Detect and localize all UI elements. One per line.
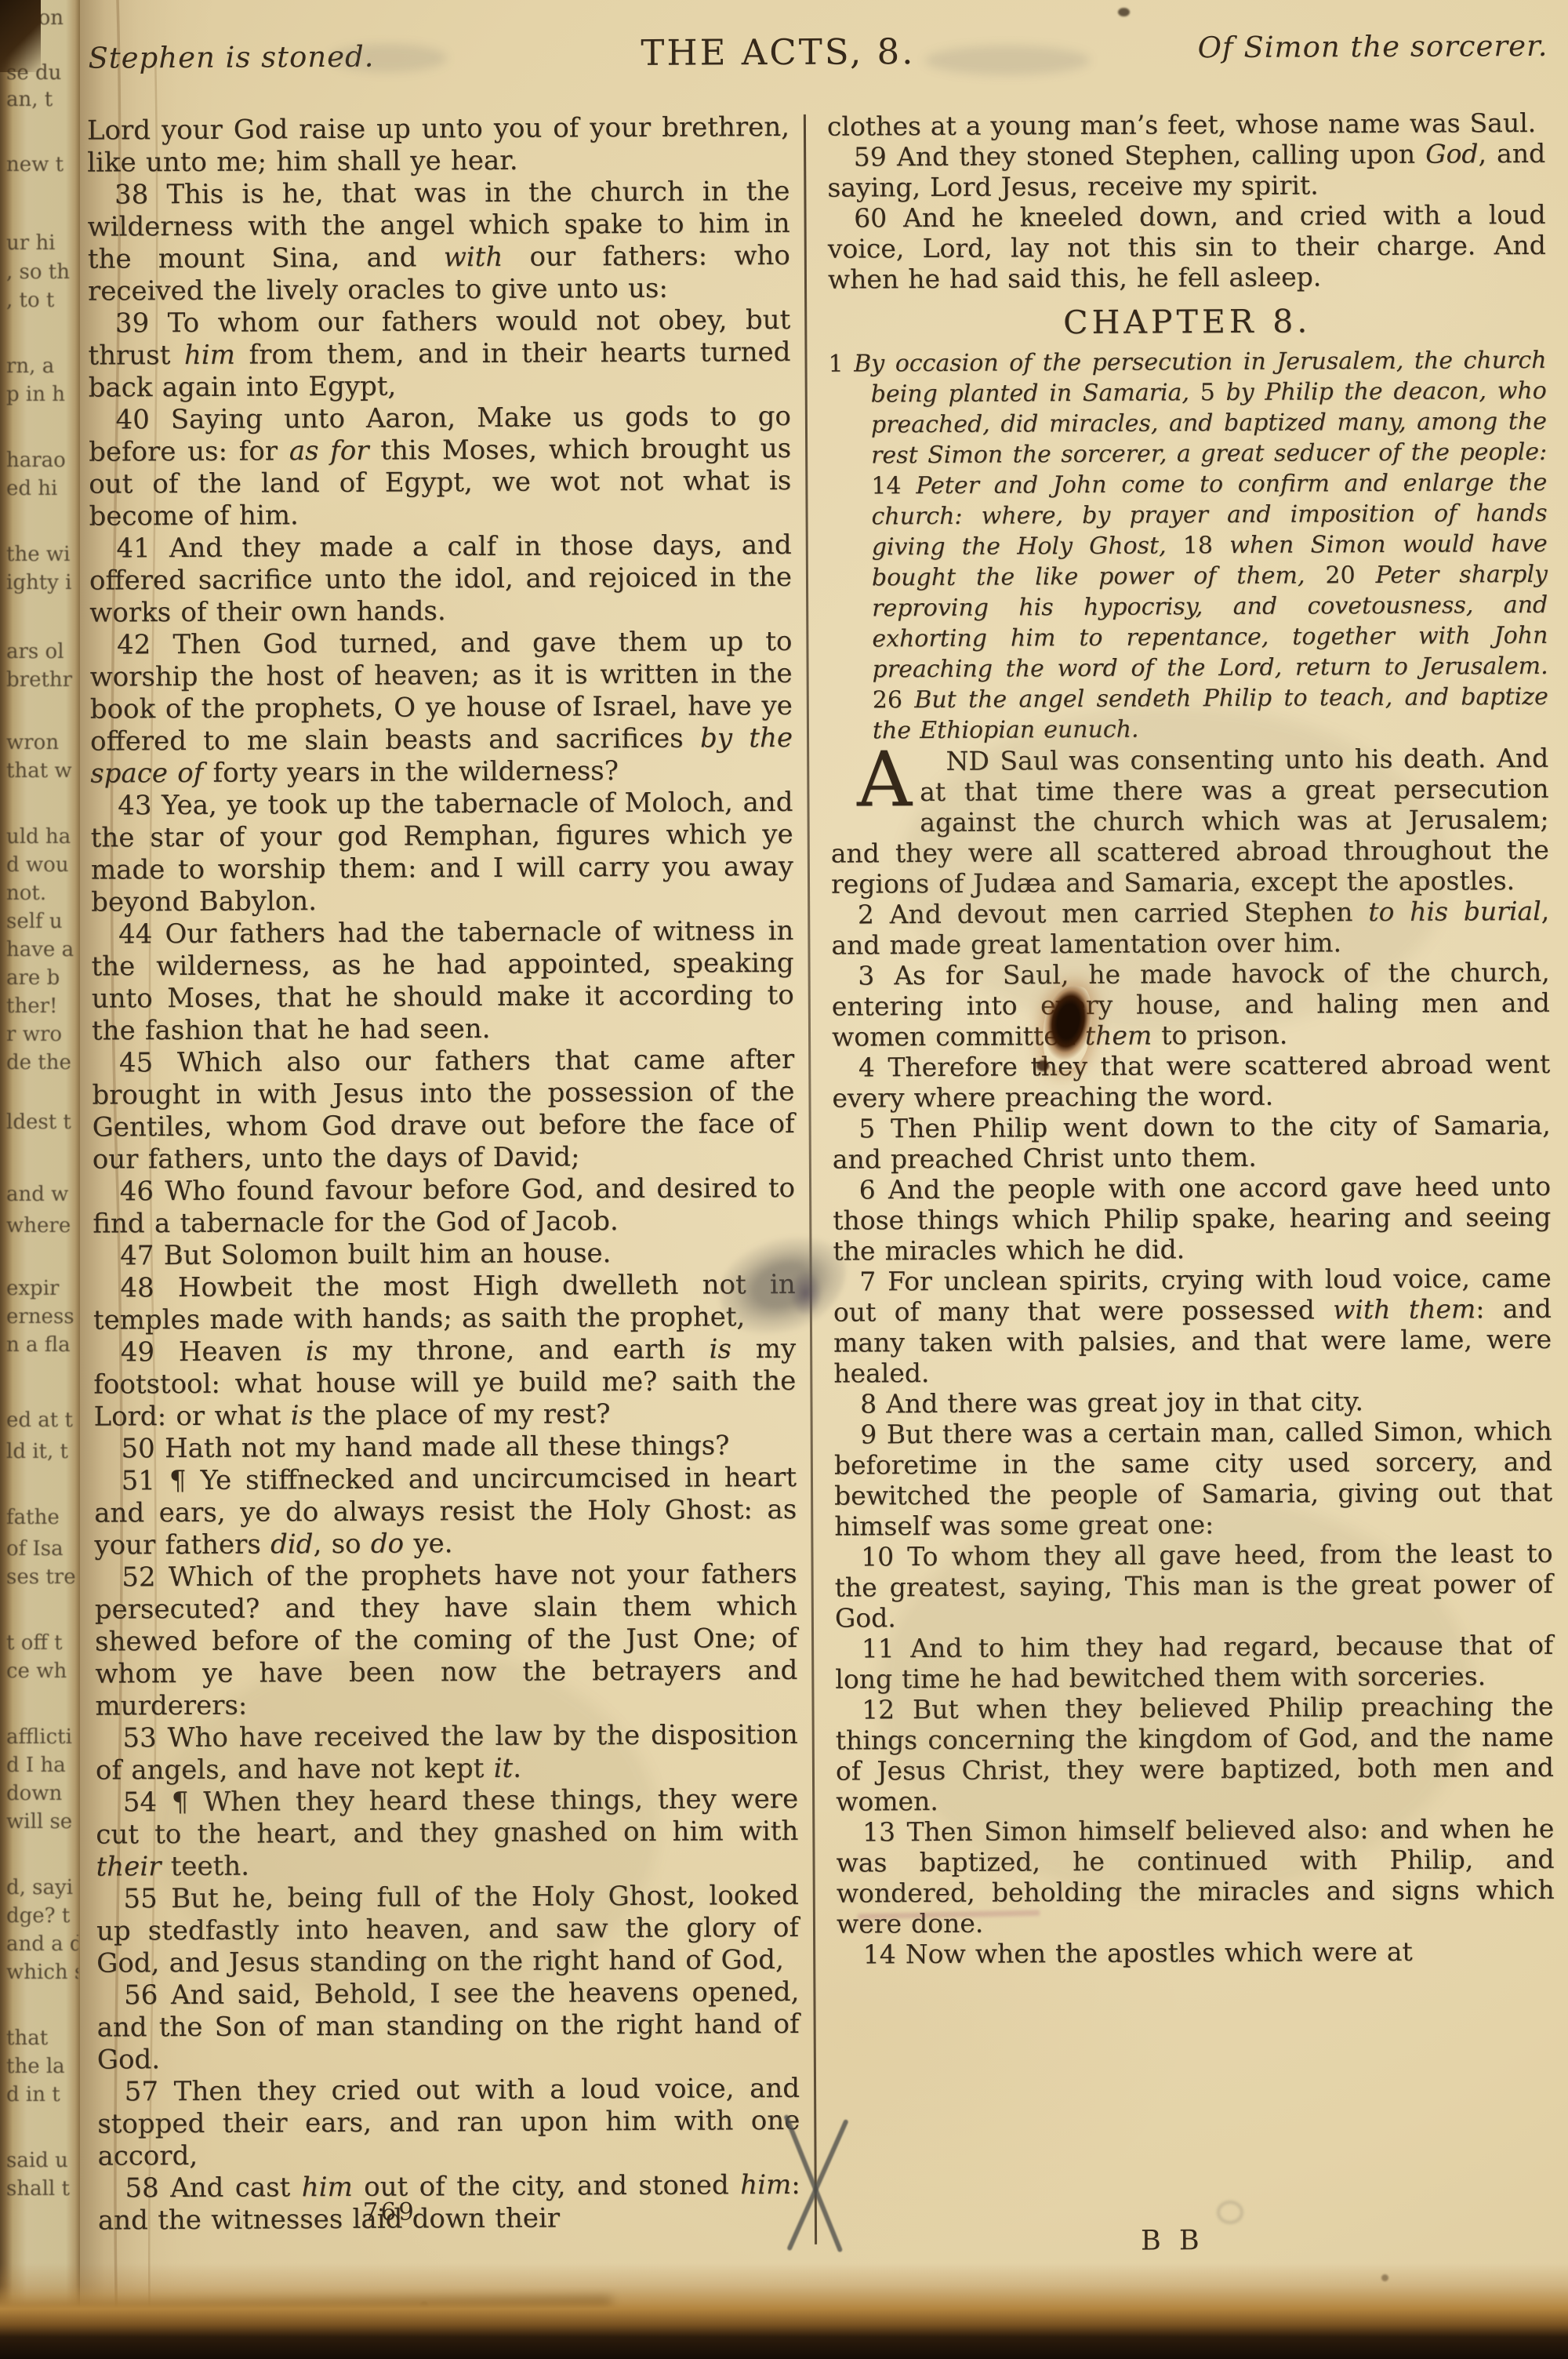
verse-50: 50 Hath not my hand made all these thing… [94, 1430, 797, 1466]
text-segment: 59 And they stoned Stephen, calling upon [854, 139, 1426, 173]
text-segment: 43 Yea, ye took up the tabernacle of Mol… [91, 787, 793, 918]
italic-segment: to his burial [1368, 896, 1541, 927]
text-segment: 48 Howbeit the most High dwelleth not in… [93, 1269, 796, 1336]
text-segment: ND Saul was consenting unto his death. A… [831, 743, 1549, 900]
verse-48: 48 Howbeit the most High dwelleth not in… [93, 1269, 796, 1337]
text-segment: ye. [404, 1528, 453, 1559]
verse-53: 53 Who have received the law by the disp… [96, 1719, 798, 1787]
italic-segment: 5 [1200, 379, 1215, 406]
right-column: clothes at a young man’s feet, whose nam… [827, 107, 1555, 1970]
header-smudge-right [925, 45, 1090, 75]
italic-segment: 20 [1325, 562, 1355, 589]
chapter-summary: 1 By occasion of the persecution in Jeru… [828, 345, 1548, 747]
printer-signature-mark: B B [1141, 2225, 1204, 2256]
text-segment: teeth. [161, 1851, 249, 1883]
verse-49: 49 Heaven is my throne, and earth is my … [93, 1333, 797, 1434]
text-segment: 10 To whom they all gave heed, from the … [835, 1538, 1553, 1634]
text-segment: 55 But he, being full of the Holy Ghost,… [96, 1880, 799, 1979]
text-segment: 60 And he kneeled down, and cried with a… [828, 199, 1546, 295]
italic-segment: did [270, 1528, 314, 1560]
italic-segment: it [494, 1753, 514, 1784]
text-segment: 54 ¶ When they heard these things, they … [96, 1783, 798, 1851]
text-segment: 5 Then Philip went down to the city of S… [833, 1110, 1551, 1175]
faint-ring-mark [1217, 2201, 1243, 2224]
text-segment: 14 Now when the apostles which were at [863, 1936, 1413, 1970]
text-segment: 56 And said, Behold, I see the heavens o… [97, 1976, 800, 2076]
right-column-top: clothes at a young man’s feet, whose nam… [827, 107, 1546, 295]
verse-11: 11 And to him they had regard, because t… [835, 1630, 1553, 1695]
italic-segment: 1 [828, 351, 843, 378]
text-segment: 41 And they made a calf in those days, a… [89, 529, 792, 629]
running-head-right: Of Simon the sorcerer. [1198, 29, 1548, 64]
left-column: Lord your God raise up unto you of your … [87, 111, 800, 2237]
verse-58: 58 And cast him out of the city, and sto… [98, 2169, 800, 2237]
text-segment: 8 And there was great joy in that city. [860, 1386, 1363, 1419]
verse-41: 41 And they made a calf in those days, a… [89, 529, 793, 630]
text-segment: 45 Which also our fathers that came afte… [92, 1044, 794, 1176]
italic-segment: them [1085, 1020, 1152, 1051]
verse-40: 40 Saying unto Aaron, Make us gods to go… [89, 401, 792, 533]
italic-segment: 26 [873, 686, 902, 714]
verse-52: 52 Which of the prophets have not your f… [95, 1558, 798, 1723]
verse-60: 60 And he kneeled down, and cried with a… [827, 199, 1546, 295]
verse-39: 39 To whom our fathers would not obey, b… [88, 304, 791, 405]
verse-43: 43 Yea, ye took up the tabernacle of Mol… [90, 787, 793, 919]
chapter-summary-wrap: 1 By occasion of the persecution in Jeru… [828, 345, 1548, 747]
verse-7: 7 For unclean spirits, crying with loud … [833, 1263, 1552, 1389]
page-number: 769 [343, 2197, 437, 2226]
verse-45: 45 Which also our fathers that came afte… [92, 1044, 795, 1176]
header-smudge-left [329, 44, 447, 72]
italic-segment: God [1425, 138, 1479, 169]
verse-55: 55 But he, being full of the Holy Ghost,… [96, 1880, 800, 1980]
page-content: Stephen is stoned. THE ACTS, 8. Of Simon… [0, 0, 1568, 2359]
verse-47: 47 But Solomon built him an house. [93, 1237, 795, 1273]
column-divider-rule [804, 114, 817, 2245]
verse-9: 9 But there was a certain man, called Si… [834, 1416, 1553, 1542]
text-segment: 4 Therefore they that were scattered abr… [832, 1049, 1550, 1114]
text-segment: 44 Our fathers had the tabernacle of wit… [91, 915, 793, 1047]
italic-segment: 14 [871, 472, 901, 500]
italic-segment: with [444, 242, 503, 273]
text-segment: forty years in the wilderness? [203, 755, 619, 789]
drop-cap: A [830, 746, 920, 809]
verse-57: 57 Then they cried out with a loud voice… [97, 2073, 800, 2173]
verse-5: 5 Then Philip went down to the city of S… [833, 1110, 1551, 1175]
text-segment: 50 Hath not my hand made all these thing… [121, 1430, 729, 1464]
text-segment: 46 Who found favour before God, and desi… [93, 1172, 795, 1240]
italic-segment: do [371, 1528, 404, 1560]
verse-54: 54 ¶ When they heard these things, they … [96, 1783, 799, 1884]
text-segment: clothes at a young man’s feet, whose nam… [827, 107, 1536, 142]
verse-46: 46 Who found favour before God, and desi… [93, 1172, 795, 1241]
text-segment: 13 Then Simon himself believed also: and… [836, 1813, 1554, 1939]
text-segment: 12 But when they believed Philip preachi… [836, 1691, 1554, 1817]
text-segment: the place of my rest? [313, 1398, 611, 1431]
italic-segment: him [184, 340, 235, 371]
text-segment: 6 And the people with one accord gave he… [833, 1171, 1551, 1267]
text-segment: 11 And to him they had regard, because t… [835, 1630, 1553, 1695]
verse-44: 44 Our fathers had the tabernacle of wit… [91, 915, 794, 1048]
italic-segment: is [306, 1336, 328, 1367]
verse-14: 14 Now when the apostles which were at [837, 1936, 1555, 1970]
verse-42: 42 Then God turned, and gave them up to … [89, 626, 793, 791]
verse-10: 10 To whom they all gave heed, from the … [834, 1538, 1553, 1634]
verse-paragraph: Lord your God raise up unto you of your … [87, 111, 789, 180]
text-segment: . [513, 1753, 521, 1784]
text-segment: 58 And cast [125, 2172, 302, 2204]
ink-speck [1118, 8, 1130, 16]
verse-paragraph: AND Saul was consenting unto his death. … [830, 743, 1549, 900]
verse-56: 56 And said, Behold, I see the heavens o… [96, 1976, 800, 2077]
text-segment: 49 Heaven [121, 1336, 306, 1368]
ink-blot-satellite [1036, 1060, 1049, 1071]
ink-speck [1381, 2274, 1388, 2281]
chapter-heading: CHAPTER 8. [828, 305, 1546, 340]
text-segment: to prison. [1152, 1020, 1287, 1051]
text-segment: , so [313, 1528, 371, 1560]
verse-59: 59 And they stoned Stephen, calling upon… [827, 138, 1545, 203]
italic-segment: is [291, 1400, 314, 1431]
italic-segment: their [96, 1851, 161, 1882]
right-column-body: AND Saul was consenting unto his death. … [830, 743, 1555, 1970]
text-segment: 9 But there was a certain man, called Si… [834, 1416, 1552, 1542]
page-scan: { "colors": { "paper": "#e4d3a8", "ink":… [0, 0, 1568, 2359]
text-segment: 57 Then they cried out with a loud voice… [97, 2073, 800, 2172]
italic-segment: as for [289, 435, 369, 467]
italic-segment: is [709, 1333, 731, 1365]
verse-2: 2 And devout men carried Stephen to his … [831, 896, 1549, 961]
text-segment: Lord your God raise up unto you of your … [87, 111, 789, 179]
verse-13: 13 Then Simon himself believed also: and… [836, 1813, 1555, 1939]
running-head-title: THE ACTS, 8. [641, 31, 915, 74]
verse-4: 4 Therefore they that were scattered abr… [832, 1049, 1550, 1114]
italic-segment: him [740, 2169, 791, 2201]
verse-3: 3 As for Saul, he made havock of the chu… [832, 957, 1551, 1052]
verse-paragraph: clothes at a young man’s feet, whose nam… [827, 107, 1545, 142]
verse-8: 8 And there was great joy in that city. [833, 1385, 1552, 1419]
verse-6: 6 And the people with one accord gave he… [833, 1171, 1552, 1267]
text-segment: But the angel sendeth Philip to teach, a… [873, 683, 1548, 745]
italic-segment: with them [1333, 1293, 1475, 1325]
verse-51: 51 ¶ Ye stiffnecked and uncircumcised in… [94, 1462, 797, 1562]
text-segment: 53 Who have received the law by the disp… [96, 1719, 798, 1787]
text-segment: 47 But Solomon built him an house. [120, 1238, 611, 1271]
italic-segment: 18 [1183, 532, 1213, 559]
text-segment: 42 Then God turned, and gave them up to … [90, 626, 793, 758]
text-segment: my throne, and earth [328, 1334, 710, 1368]
text-segment: 2 And devout men carried Stephen [858, 896, 1369, 929]
verse-38: 38 This is he, that was in the church in… [87, 176, 790, 308]
text-segment: 52 Which of the prophets have not your f… [95, 1558, 798, 1722]
verse-12: 12 But when they believed Philip preachi… [835, 1691, 1554, 1817]
